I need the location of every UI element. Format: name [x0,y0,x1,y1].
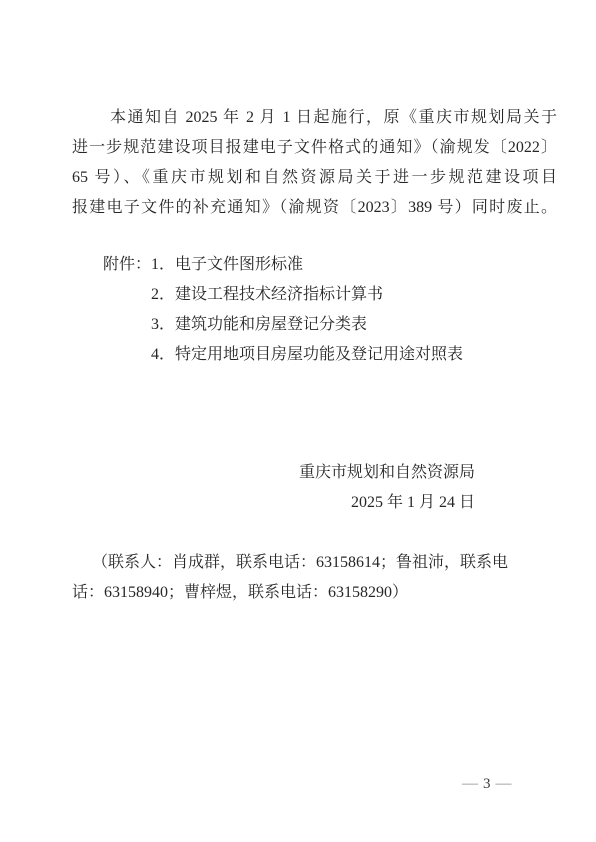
attachment-item: 4．特定用地项目房屋功能及登记用途对照表 [103,340,563,370]
contact-info: （联系人：肖成群，联系电话：63158614；鲁祖沛，联系电 话：6315894… [72,548,557,608]
attachments-label: 附件： [103,256,151,273]
contact-line: 话：63158940；曹梓煜，联系电话：63158290） [72,578,557,608]
issue-date: 2025 年 1 月 24 日 [299,488,475,518]
paragraph-line: 进一步规范建设项目报建电子文件格式的通知》（渝规发〔2022〕 [72,133,557,163]
paragraph-line: 本通知自 2025 年 2 月 1 日起施行，原《重庆市规划局关于 [72,103,557,133]
signature-block: 重庆市规划和自然资源局 2025 年 1 月 24 日 [299,458,475,518]
page-number-dash-right: — [496,776,512,792]
attachment-row: 附件：1．电子文件图形标准 [103,250,563,280]
paragraph-line: 65 号）、《重庆市规划和自然资源局关于进一步规范建设项目 [72,163,557,193]
closing-paragraph: 本通知自 2025 年 2 月 1 日起施行，原《重庆市规划局关于 进一步规范建… [72,103,557,223]
page-number: — 3 — [462,776,512,792]
paragraph-line: 报建电子文件的补充通知》（渝规资〔2023〕389 号）同时废止。 [72,193,557,223]
document-page: 本通知自 2025 年 2 月 1 日起施行，原《重庆市规划局关于 进一步规范建… [0,0,596,842]
attachment-item: 3．建筑功能和房屋登记分类表 [103,310,563,340]
page-number-value: 3 [483,776,491,792]
attachment-item: 1．电子文件图形标准 [151,256,303,273]
attachment-item: 2．建设工程技术经济指标计算书 [103,280,563,310]
page-number-dash-left: — [462,776,478,792]
attachments-list: 附件：1．电子文件图形标准 2．建设工程技术经济指标计算书 3．建筑功能和房屋登… [103,250,563,370]
contact-line: （联系人：肖成群，联系电话：63158614；鲁祖沛，联系电 [72,548,557,578]
issuing-authority: 重庆市规划和自然资源局 [299,458,475,488]
